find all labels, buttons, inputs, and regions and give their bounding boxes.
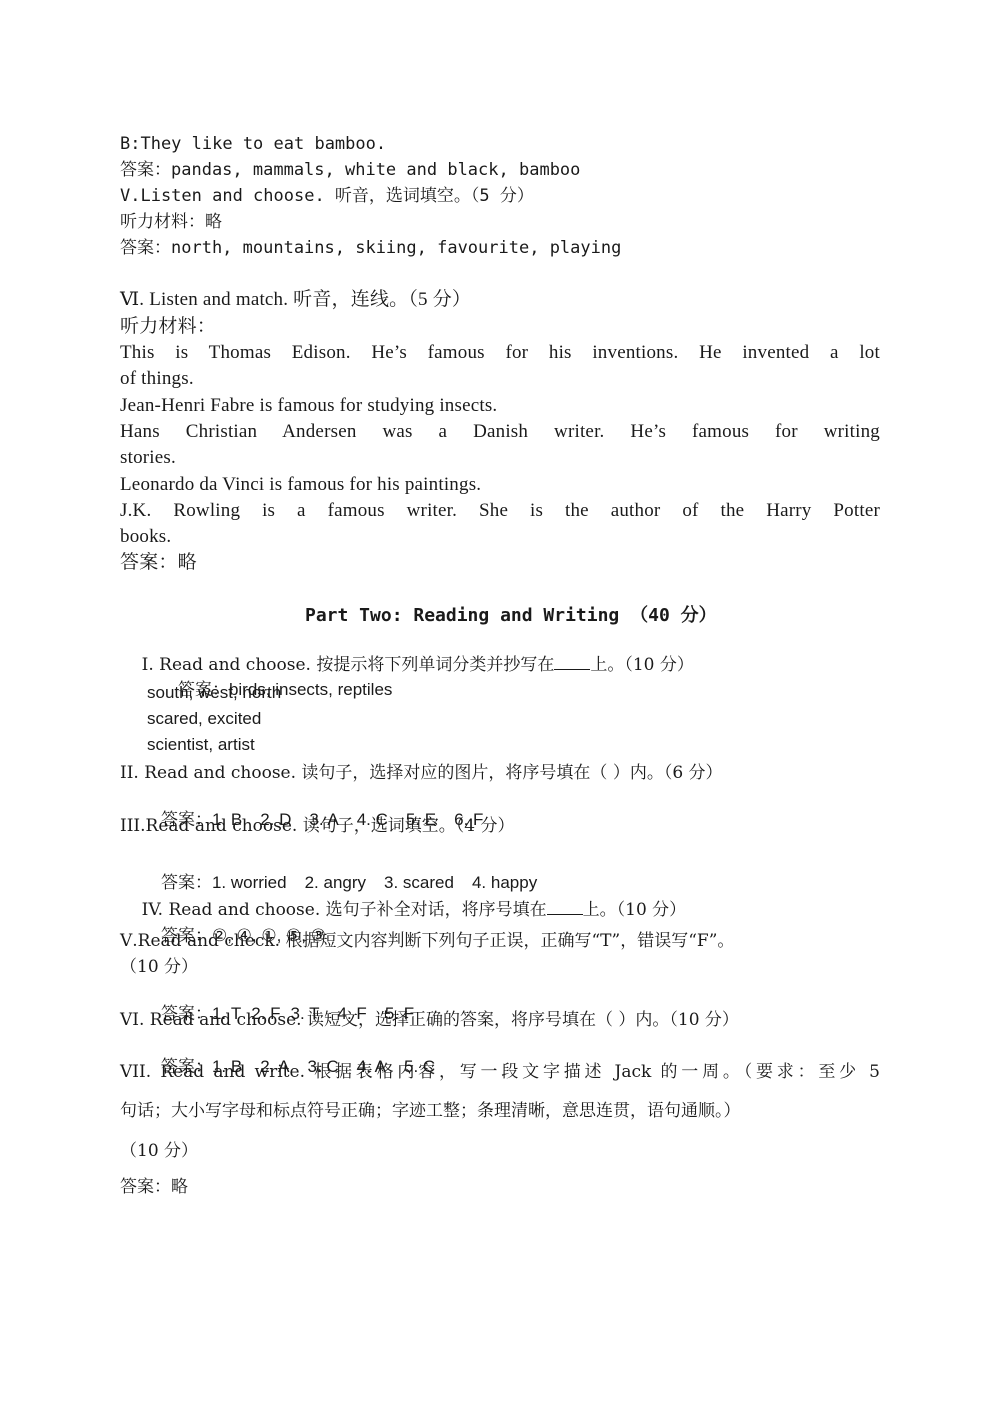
section-vii-answer: 答案：略 — [120, 1176, 188, 1198]
section-vii-score: （10 分） — [120, 1140, 198, 1162]
section-vi-title: Ⅵ. Listen and match. 听音，连线。（5 分） — [120, 289, 471, 311]
dialogue-line-b: B:They like to eat bamboo. — [120, 133, 386, 155]
section-vii-requirements: 句话；大小写字母和标点符号正确；字迹工整；条理清晰，意思连贯，语句通顺。） — [120, 1100, 741, 1122]
section-vi-rw-title: VI. Read and choose. 读短文，选择正确的答案，将序号填在（ … — [120, 1009, 739, 1031]
answer-line: scientist, artist — [147, 734, 255, 756]
section-vi-answer: 答案：略 — [120, 552, 197, 574]
fill-blank — [547, 900, 583, 915]
section-v-title: Ⅴ.Read and check. 根据短文内容判断下列句子正误，正确写“T”，… — [120, 930, 734, 952]
material-line: Jean-Henri Fabre is famous for studying … — [120, 395, 497, 417]
material-line: Leonardo da Vinci is famous for his pain… — [120, 474, 481, 496]
section-v-material: 听力材料：略 — [120, 211, 222, 233]
section-iv-title-suffix: 上。（10 分） — [583, 900, 687, 920]
material-line: J.K. Rowling is a famous writer. She is … — [120, 500, 880, 522]
section-vi-material-label: 听力材料： — [120, 316, 216, 338]
section-v-title: V.Listen and choose. 听音，选词填空。（5 分） — [120, 185, 534, 207]
fill-blank — [554, 655, 590, 670]
part-two-heading: Part Two: Reading and Writing （40 分） — [305, 605, 717, 627]
section-iii-title: III.Read and choose. 读句子，选词填空。（4 分） — [120, 815, 514, 837]
section-i-title-suffix: 上。（10 分） — [590, 655, 694, 675]
material-line: This is Thomas Edison. He’s famous for h… — [120, 342, 880, 364]
material-line: Hans Christian Andersen was a Danish wri… — [120, 421, 880, 443]
material-line: stories. — [120, 447, 176, 469]
answer-line: south, west, north — [147, 682, 281, 704]
section-ii-title: II. Read and choose. 读句子，选择对应的图片，将序号填在（ … — [120, 762, 723, 784]
answer-line: scared, excited — [147, 708, 261, 730]
section-v-answer: 答案：north, mountains, skiing, favourite, … — [120, 237, 621, 259]
section-v-score: （10 分） — [120, 956, 198, 978]
material-line: of things. — [120, 368, 194, 390]
document-page: B:They like to eat bamboo. 答案：pandas, ma… — [0, 0, 1000, 1415]
section-vii-title: VII. Read and write. 根据表格内容，写一段文字描述 Jack… — [120, 1061, 880, 1083]
answer-section-iv: 答案：pandas, mammals, white and black, bam… — [120, 159, 580, 181]
material-line: books. — [120, 526, 171, 548]
